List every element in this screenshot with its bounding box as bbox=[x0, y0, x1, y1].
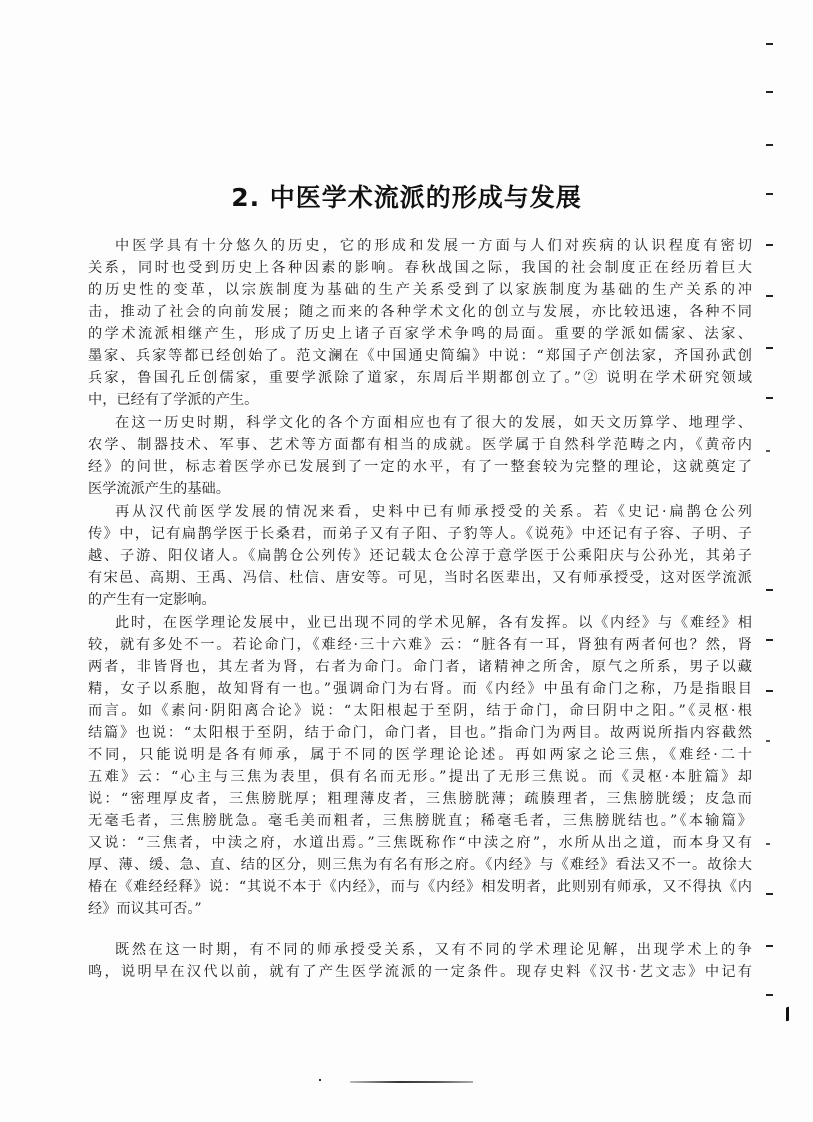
text-line: 医学流派产生的基础。 bbox=[88, 478, 752, 500]
text-line: 五难》云：“心主与三焦为表里，俱有名而无形。”提出了无形三焦说。而《灵枢·本脏篇… bbox=[88, 766, 752, 788]
scan-margin-mark bbox=[766, 639, 773, 641]
text-line: 墨家、兵家等都已经创始了。范文澜在《中国通史简编》中说：“郑国子产创法家，齐国孙… bbox=[88, 345, 752, 367]
text-line: 说：“密理厚皮者，三焦膀胱厚；粗理薄皮者，三焦膀胱薄；疏腠理者，三焦膀胱缓；皮急… bbox=[88, 788, 752, 810]
scan-margin-mark bbox=[766, 43, 773, 45]
text-line: 击，推动了社会的向前发展；随之而来的各种学术文化的创立与发展，亦比较迅速，各种不… bbox=[88, 301, 752, 323]
text-line: 关系，同时也受到历史上各种因素的影响。春秋战国之际，我国的社会制度正在经历着巨大 bbox=[88, 257, 752, 279]
text-line: 有宋邑、高期、王禹、冯信、杜信、唐安等。可见，当时名医辈出，又有师承授受，这对医… bbox=[88, 567, 752, 589]
text-line: 既然在这一时期，有不同的师承授受关系，又有不同的学术理论见解，出现学术上的争 bbox=[115, 939, 752, 961]
text-line: 再从汉代前医学发展的情况来看，史料中已有师承授受的关系。若《史记·扁鹊仓公列 bbox=[115, 501, 752, 523]
text-line: 而言。如《素问·阴阳离合论》说：“太阳根起于至阴，结于命门，命曰阴中之阳。”《灵… bbox=[88, 700, 752, 722]
text-line: 两者，非皆肾也，其左者为肾，右者为命门。命门者，诸精神之所舍，原气之所系，男子以… bbox=[88, 656, 752, 678]
text-line: 农学、制器技术、军事、艺术等方面都有相当的成就。医学属于自然科学范畴之内，《黄帝… bbox=[88, 434, 752, 456]
scan-margin-mark bbox=[766, 244, 773, 246]
scan-margin-mark bbox=[766, 945, 773, 947]
text-line: 的学术流派相继产生，形成了历史上诸子百家学术争鸣的局面。重要的学派如儒家、法家、 bbox=[88, 323, 752, 345]
scan-speck bbox=[319, 1079, 321, 1081]
scan-margin-mark bbox=[766, 740, 770, 742]
text-line: 结篇》也说：“太阳根于至阴，结于命门，命门者，目也。”指命门为两目。故两说所指内… bbox=[88, 722, 752, 744]
scan-margin-mark bbox=[766, 690, 773, 692]
scan-margin-mark bbox=[766, 295, 773, 297]
scan-margin-mark bbox=[766, 193, 773, 195]
text-line: 越、子游、阳仪诸人。《扁鹊仓公列传》还记载太仓公淳于意学医于公乘阳庆与公孙光，其… bbox=[88, 545, 752, 567]
text-line: 较，就有多处不一。若论命门，《难经·三十六难》云：“脏各有一耳，肾独有两者何也？… bbox=[88, 634, 752, 656]
text-line: 此时，在医学理论发展中，业已出现不同的学术见解，各有发挥。以《内经》与《难经》相 bbox=[115, 612, 752, 634]
scan-margin-mark bbox=[766, 994, 773, 996]
footer-rule bbox=[350, 1081, 473, 1083]
text-line: 不同，只能说明是各有师承，属于不同的医学理论论述。再如两家之论三焦，《难经·二十 bbox=[88, 744, 752, 766]
text-line: 在这一历史时期，科学文化的各个方面相应也有了很大的发展，如天文历算学、地理学、 bbox=[115, 412, 752, 434]
text-line: 精，女子以系胞，故知肾有一也。”强调命门为右肾。而《内经》中虽有命门之称，乃是指… bbox=[88, 678, 752, 700]
text-line: 厚、薄、缓、急、直、结的区分，则三焦为有名有形之府。《内经》与《难经》看法又不一… bbox=[88, 854, 752, 876]
scan-edge-mark bbox=[786, 1007, 789, 1022]
text-line: 经》而议其可否。” bbox=[88, 898, 752, 920]
text-line: 中，已经有了学派的产生。 bbox=[88, 389, 752, 411]
scan-margin-mark bbox=[766, 589, 773, 591]
text-line: 的产生有一定影响。 bbox=[88, 589, 752, 611]
scan-margin-mark bbox=[766, 91, 773, 93]
scan-margin-mark bbox=[766, 144, 773, 146]
text-line: 无毫毛者，三焦膀胱急。毫毛美而粗者，三焦膀胱直；稀毫毛者，三焦膀胱结也。”《本输… bbox=[88, 810, 752, 832]
scanned-page: 2. 中医学术流派的形成与发展 中医学具有十分悠久的历史，它的形成和发展一方面与… bbox=[0, 0, 813, 1122]
text-line: 鸣，说明早在汉代以前，就有了产生医学流派的一定条件。现存史料《汉书·艺文志》中记… bbox=[88, 961, 752, 983]
text-line: 的历史性的变革，以宗族制度为基础的生产关系受到了以家族制度为基础的生产关系的冲 bbox=[88, 279, 752, 301]
text-line: 兵家，鲁国孔丘创儒家，重要学派除了道家，东周后半期都创立了。”② 说明在学术研究… bbox=[88, 367, 752, 389]
scan-margin-mark bbox=[766, 843, 770, 845]
text-line: 传》中，记有扁鹊学医于长桑君，而弟子又有子阳、子豹等人。《说苑》中还记有子容、子… bbox=[88, 523, 752, 545]
text-line: 椿在《难经经释》说：“其说不本于《内经》，而与《内经》相发明者，此则别有师承，又… bbox=[88, 876, 752, 898]
scan-margin-mark bbox=[766, 347, 773, 349]
text-line: 经》的问世，标志着医学亦已发展到了一定的水平，有了一整套较为完整的理论，这就奠定… bbox=[88, 456, 752, 478]
scan-margin-mark bbox=[766, 397, 773, 399]
text-line: 中医学具有十分悠久的历史，它的形成和发展一方面与人们对疾病的认识程度有密切 bbox=[115, 235, 752, 257]
section-title: 2. 中医学术流派的形成与发展 bbox=[0, 178, 813, 214]
scan-margin-mark bbox=[766, 893, 773, 895]
scan-margin-mark bbox=[766, 450, 770, 452]
text-line: 又说：“三焦者，中渎之府，水道出焉。”三焦既称作“中渎之府”，水所从出之道，而本… bbox=[88, 832, 752, 854]
